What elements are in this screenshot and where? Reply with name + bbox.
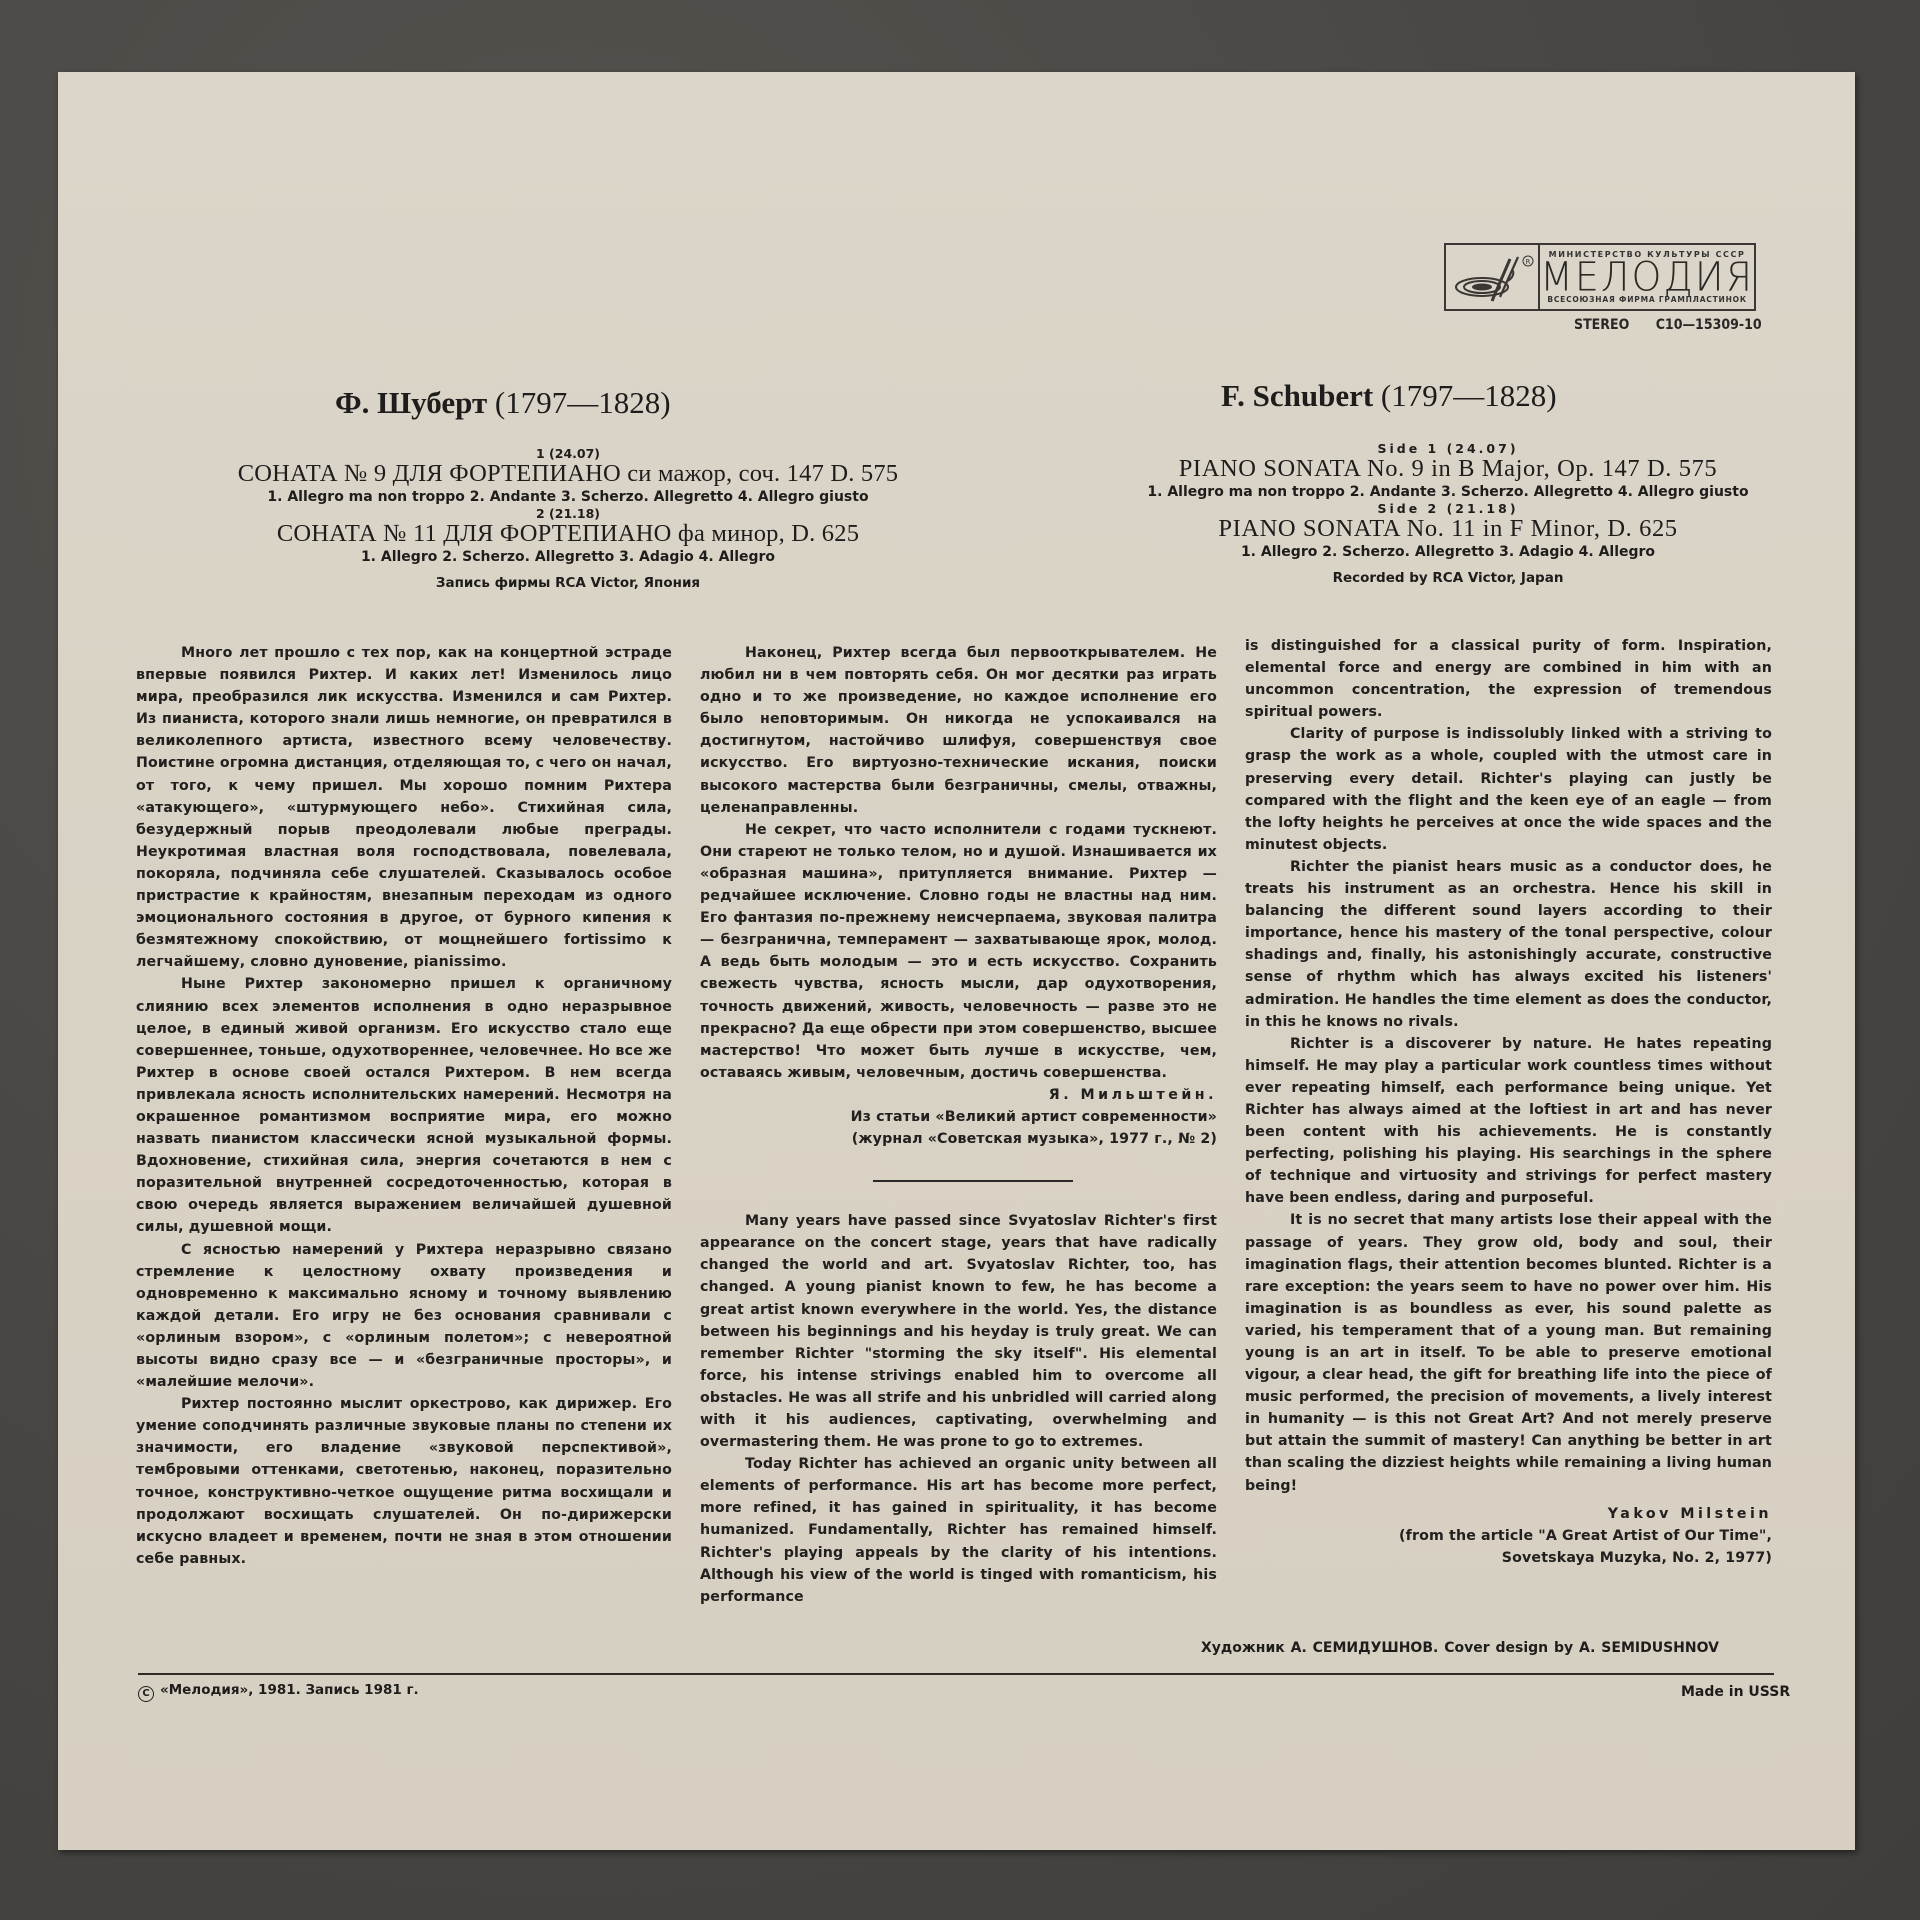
essay-en-paragraph: Today Richter has achieved an organic un… — [700, 1453, 1217, 1608]
author-ru: Я. Мильштейн. — [700, 1084, 1217, 1106]
side1-movements-ru: 1. Allegro ma non troppo 2. Andante 3. S… — [208, 487, 928, 507]
composer-years-ru: (1797—1828) — [495, 385, 671, 420]
side1-title-en: PIANO SONATA No. 9 in B Major, Op. 147 D… — [1098, 456, 1798, 482]
recorded-by-en: Recorded by RCA Victor, Japan — [1098, 570, 1798, 586]
side2-title-ru: СОНАТА № 11 ДЛЯ ФОРТЕПИАНО фа минор, D. … — [208, 521, 928, 547]
copyright-icon: C — [138, 1686, 154, 1702]
essay-en-paragraph: Richter is a discoverer by nature. He ha… — [1245, 1033, 1772, 1210]
side1-movements-en: 1. Allegro ma non troppo 2. Andante 3. S… — [1098, 482, 1798, 502]
source-ru-line2: (журнал «Советская музыка», 1977 г., № 2… — [700, 1128, 1217, 1150]
side2-movements-ru: 1. Allegro 2. Scherzo. Allegretto 3. Ada… — [208, 547, 928, 567]
composer-years-en: (1797—1828) — [1381, 378, 1557, 413]
signature-en: Yakov Milstein (from the article "A Grea… — [1245, 1503, 1772, 1569]
recorded-by-ru: Запись фирмы RCA Victor, Япония — [208, 575, 928, 591]
essay-ru-paragraph: Наконец, Рихтер всегда был первооткрыват… — [700, 642, 1217, 819]
essay-en-paragraph: Many years have passed since Svyatoslav … — [700, 1210, 1217, 1453]
source-en-line1: (from the article "A Great Artist of Our… — [1245, 1525, 1772, 1547]
essay-ru-paragraph: С ясностью намерений у Рихтера неразрывн… — [136, 1239, 672, 1394]
copyright-text: «Мелодия», 1981. Запись 1981 г. — [160, 1682, 419, 1698]
section-divider — [873, 1180, 1073, 1182]
brand-name: МЕЛОДИЯ — [1540, 258, 1754, 296]
melodiya-emblem-icon: R — [1446, 245, 1540, 309]
made-in-label: Made in USSR — [1681, 1684, 1790, 1700]
composer-heading-en: F. Schubert (1797—1828) — [1221, 378, 1557, 414]
svg-text:R: R — [1526, 258, 1531, 266]
composer-name-ru: Ф. Шуберт — [335, 385, 487, 420]
side2-movements-en: 1. Allegro 2. Scherzo. Allegretto 3. Ada… — [1098, 542, 1798, 562]
composer-heading-ru: Ф. Шуберт (1797—1828) — [335, 385, 671, 421]
essay-ru-column-1: Много лет прошло с тех пор, как на конце… — [136, 642, 672, 1570]
format-label: STEREO — [1574, 317, 1629, 333]
source-en-line2: Sovetskaya Muzyka, No. 2, 1977) — [1245, 1547, 1772, 1569]
melodiya-logo: R МИНИСТЕРСТВО КУЛЬТУРЫ СССР МЕЛОДИЯ ВСЕ… — [1444, 243, 1756, 311]
copyright-line: C«Мелодия», 1981. Запись 1981 г. — [138, 1682, 419, 1702]
essay-en-paragraph: It is no secret that many artists lose t… — [1245, 1209, 1772, 1496]
composer-name-en: F. Schubert — [1221, 378, 1373, 413]
essay-en-paragraph: is distinguished for a classical purity … — [1245, 635, 1772, 723]
essay-ru-paragraph: Ныне Рихтер закономерно пришел к органич… — [136, 973, 672, 1238]
side1-label-ru: 1 (24.07) — [208, 447, 928, 461]
side2-title-en: PIANO SONATA No. 11 in F Minor, D. 625 — [1098, 516, 1798, 542]
catalog-info: STEREO С10—15309-10 — [1574, 317, 1762, 333]
essay-ru-paragraph: Не секрет, что часто исполнители с годам… — [700, 819, 1217, 1084]
source-ru-line1: Из статьи «Великий артист современности» — [700, 1106, 1217, 1128]
author-en: Yakov Milstein — [1245, 1503, 1772, 1525]
side2-label-ru: 2 (21.18) — [208, 507, 928, 521]
cover-design-credits: Художник А. СЕМИДУШНОВ. Cover design by … — [1201, 1640, 1719, 1656]
side1-title-ru: СОНАТА № 9 ДЛЯ ФОРТЕПИАНО си мажор, соч.… — [208, 461, 928, 487]
essay-en-paragraph: Clarity of purpose is indissolubly linke… — [1245, 723, 1772, 856]
record-sleeve-back: R МИНИСТЕРСТВО КУЛЬТУРЫ СССР МЕЛОДИЯ ВСЕ… — [58, 72, 1855, 1850]
side2-label-en: Side 2 (21.18) — [1098, 502, 1798, 516]
signature-ru: Я. Мильштейн. Из статьи «Великий артист … — [700, 1084, 1217, 1150]
side1-label-en: Side 1 (24.07) — [1098, 442, 1798, 456]
essay-ru-paragraph: Много лет прошло с тех пор, как на конце… — [136, 642, 672, 973]
essay-en-paragraph: Richter the pianist hears music as a con… — [1245, 856, 1772, 1033]
essay-column-2: Наконец, Рихтер всегда был первооткрыват… — [700, 642, 1217, 1608]
program-en: Side 1 (24.07) PIANO SONATA No. 9 in B M… — [1098, 442, 1798, 586]
catalog-number: С10—15309-10 — [1656, 317, 1762, 333]
program-ru: 1 (24.07) СОНАТА № 9 ДЛЯ ФОРТЕПИАНО си м… — [208, 447, 928, 591]
essay-en-column-3: is distinguished for a classical purity … — [1245, 635, 1772, 1569]
essay-ru-paragraph: Рихтер постоянно мыслит оркестрово, как … — [136, 1393, 672, 1570]
footer-rule — [138, 1673, 1774, 1675]
